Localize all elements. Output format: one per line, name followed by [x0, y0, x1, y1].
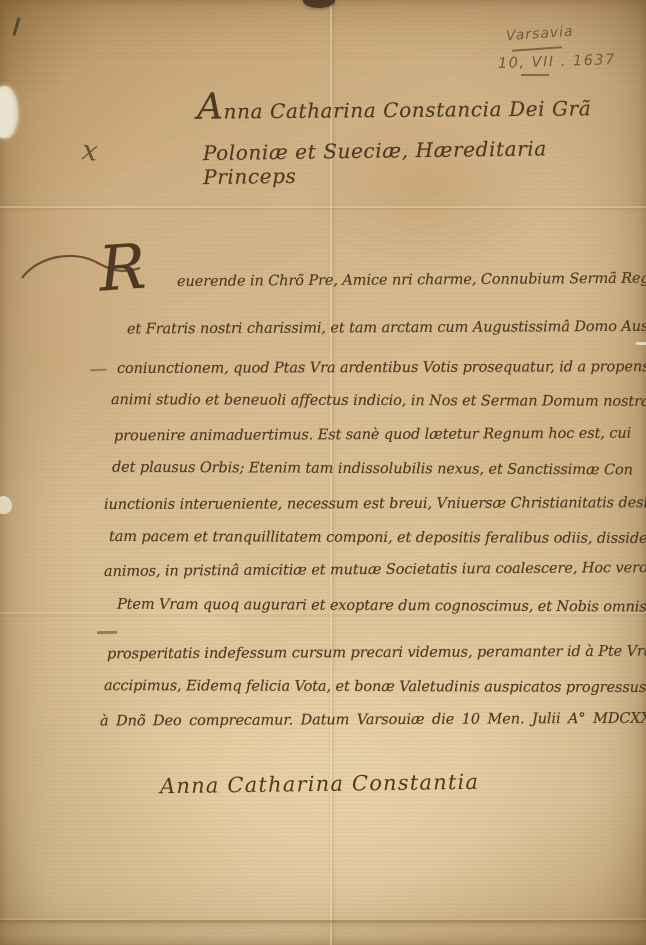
signature: Anna Catharina Constantia: [160, 770, 479, 798]
corner-pen-stroke: [12, 17, 20, 36]
archival-date-note: 10, VII . 1637: [498, 52, 616, 72]
margin-dash-mark: [97, 631, 117, 634]
horizontal-fold-crease-bottom: [0, 920, 646, 923]
ink-blob-top-edge: [303, 0, 335, 8]
body-line: tam pacem et tranquillitatem componi, et…: [109, 529, 646, 547]
drop-cap-initial: R: [97, 236, 148, 299]
margin-dash-mark: [90, 369, 107, 372]
letter-heading-line2: Poloniæ et Sueciæ, Hæreditaria Princeps: [203, 135, 646, 189]
body-line: Ptem Vram quoq augurari et exoptare dum …: [117, 597, 646, 616]
body-line: à Dnõ Deo comprecamur. Datum Varsouiæ di…: [100, 710, 646, 729]
body-line: et Fratris nostri charissimi, et tam arc…: [127, 319, 646, 338]
paper-damage-patch-small: [0, 496, 12, 514]
body-line: accipimus, Eidemq felicia Vota, et bonæ …: [104, 678, 646, 696]
body-line: euerende in Chrõ Pre, Amice nri charme, …: [177, 270, 646, 290]
horizontal-fold-crease-top: [0, 206, 646, 208]
paper-edge-slit: [636, 342, 646, 345]
letter-heading-line1: Anna Catharina Constancia Dei Grã: [197, 94, 592, 123]
body-line: det plausus Orbis; Etenim tam indissolub…: [112, 460, 633, 479]
archival-place-note: Varsavia: [506, 24, 575, 45]
body-line: coniunctionem, quod Ptas Vra ardentibus …: [117, 359, 646, 377]
body-line: prouenire animaduertimus. Est sanè quod …: [114, 426, 631, 445]
margin-x-mark: x: [80, 133, 99, 167]
date-note-underline: [521, 74, 549, 76]
paper-damage-patch: [0, 86, 18, 138]
body-line: iunctionis interueniente, necessum est b…: [104, 495, 646, 513]
place-note-underline: [512, 46, 562, 51]
body-line: animos, in pristinâ amicitiæ et mutuæ So…: [104, 560, 646, 580]
manuscript-letter-page: Varsavia 10, VII . 1637 x Anna Catharina…: [0, 0, 646, 945]
body-line: prosperitatis indefessum cursum precari …: [107, 644, 646, 663]
body-line: animi studio et beneuoli affectus indici…: [111, 392, 646, 410]
